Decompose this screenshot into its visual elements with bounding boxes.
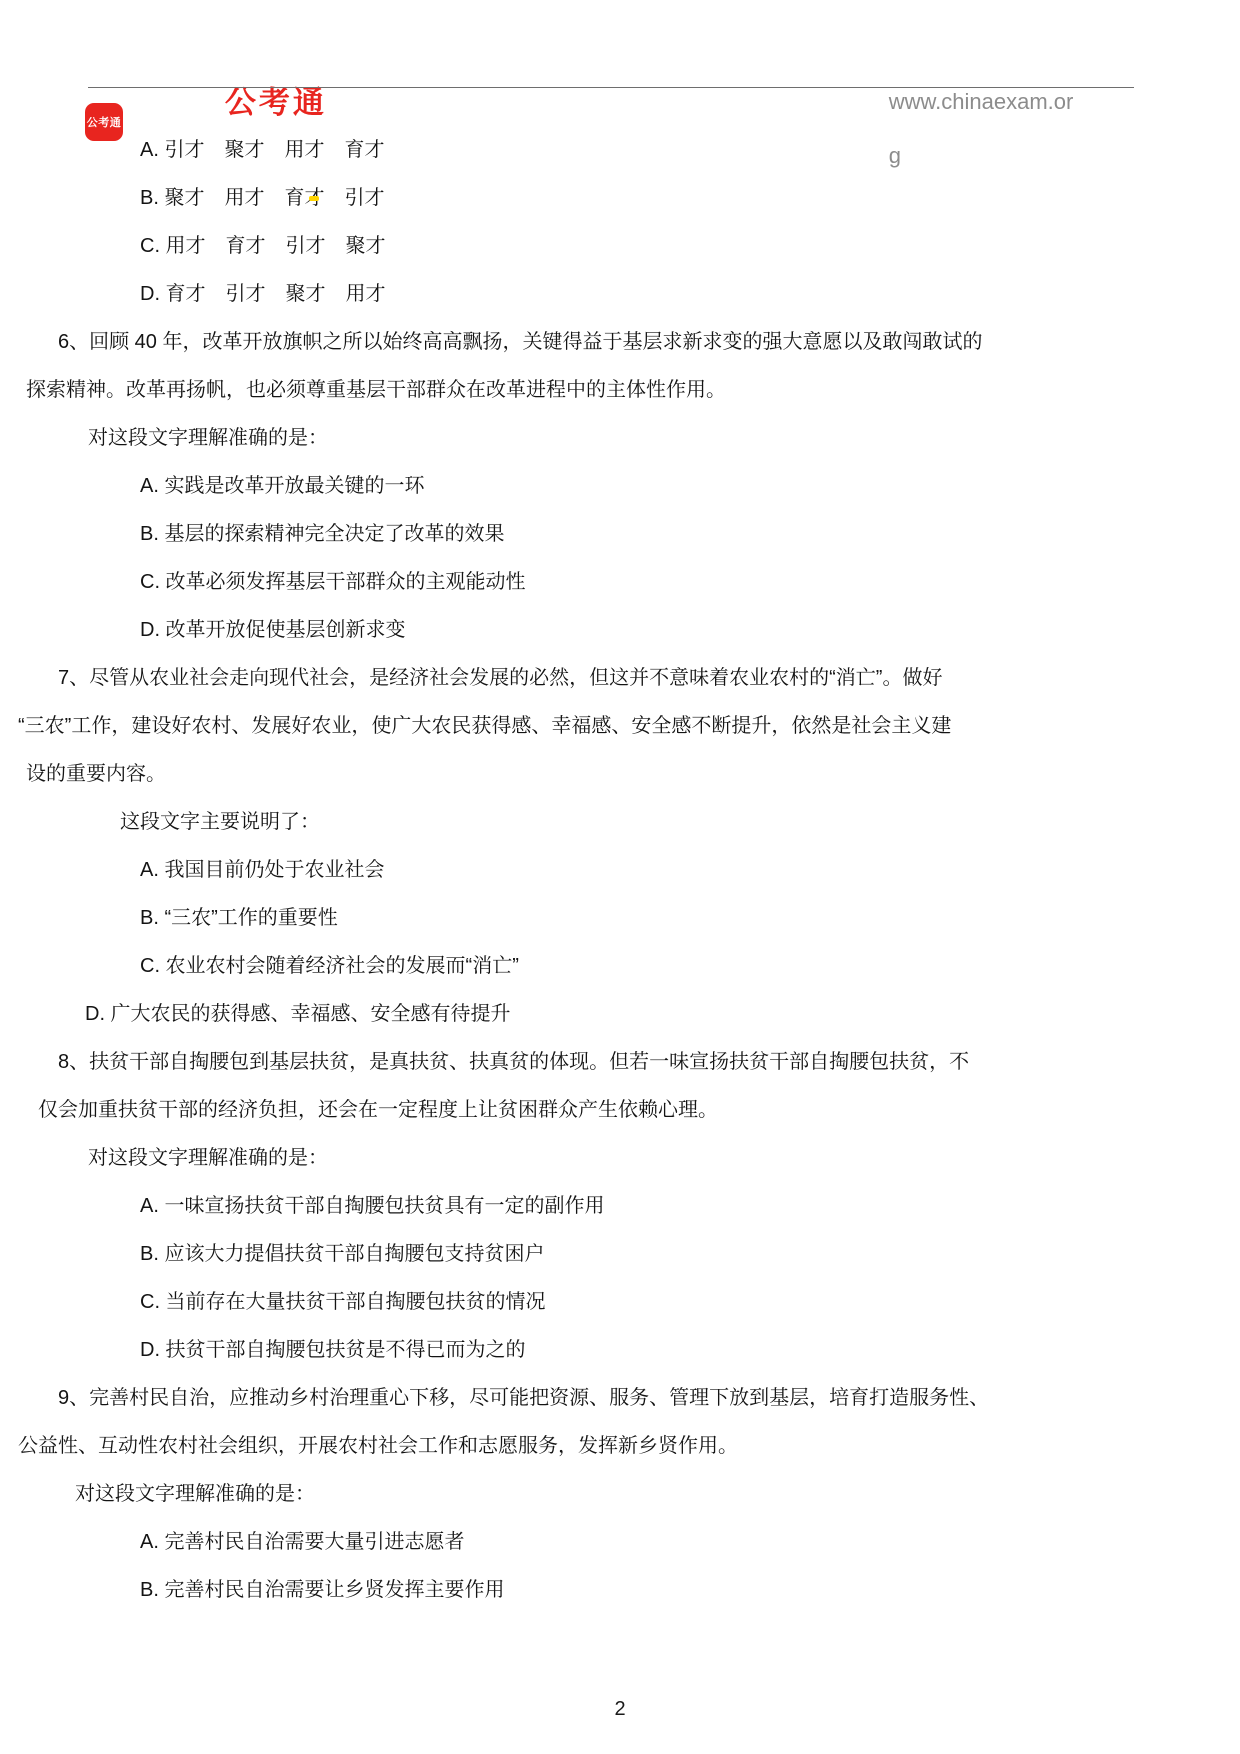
q7-option-c: C. 农业农村会随着经济社会的发展而“消亡” — [0, 942, 1240, 990]
q8-option-b: B. 应该大力提倡扶贫干部自掏腰包支持贫困户 — [0, 1230, 1240, 1278]
q9-option-b: B. 完善村民自治需要让乡贤发挥主要作用 — [0, 1566, 1240, 1614]
q6-stem-line-2: 探索精神。改革再扬帆，也必须尊重基层干部群众在改革进程中的主体性作用。 — [0, 366, 1240, 414]
site-url: www.chinaexam.or g — [852, 61, 1052, 196]
q7-prompt: 这段文字主要说明了： — [0, 798, 1240, 846]
site-url-line2: g — [889, 143, 901, 168]
q6-option-d: D. 改革开放促使基层创新求变 — [0, 606, 1240, 654]
site-url-line1: www.chinaexam.or — [889, 89, 1074, 114]
q8-stem-line-1: 8、扶贫干部自掏腰包到基层扶贫，是真扶贫、扶真贫的体现。但若一味宣扬扶贫干部自掏… — [0, 1038, 1240, 1086]
q8-option-d: D. 扶贫干部自掏腰包扶贫是不得已而为之的 — [0, 1326, 1240, 1374]
q7-stem-line-2: “三农”工作，建设好农村、发展好农业，使广大农民获得感、幸福感、安全感不断提升，… — [0, 702, 1240, 750]
page-number: 2 — [0, 1698, 1240, 1721]
brand-logo: 公考通 公考通 — [85, 46, 327, 198]
brand-name: 公考通 — [132, 46, 327, 198]
q7-option-d: D. 广大农民的获得感、幸福感、安全感有待提升 — [0, 990, 1240, 1038]
question-7: 7、尽管从农业社会走向现代社会，是经济社会发展的必然，但这并不意味着农业农村的“… — [0, 654, 1240, 1038]
question-8: 8、扶贫干部自掏腰包到基层扶贫，是真扶贫、扶真贫的体现。但若一味宣扬扶贫干部自掏… — [0, 1038, 1240, 1374]
q9-stem-line-1: 9、完善村民自治，应推动乡村治理重心下移，尽可能把资源、服务、管理下放到基层，培… — [0, 1374, 1240, 1422]
q7-stem-line-1: 7、尽管从农业社会走向现代社会，是经济社会发展的必然，但这并不意味着农业农村的“… — [0, 654, 1240, 702]
document-page: 公考通 公考通 www.chinaexam.or g A. 引才 聚才 用才 育… — [0, 0, 1240, 1754]
q9-option-a: A. 完善村民自治需要大量引进志愿者 — [0, 1518, 1240, 1566]
q7-option-b: B. “三农”工作的重要性 — [0, 894, 1240, 942]
exam-content: A. 引才 聚才 用才 育才 B. 聚才 用才 育才 引才 C. 用才 育才 引… — [0, 118, 1240, 1614]
question-9: 9、完善村民自治，应推动乡村治理重心下移，尽可能把资源、服务、管理下放到基层，培… — [0, 1374, 1240, 1614]
q8-stem-line-2: 仅会加重扶贫干部的经济负担，还会在一定程度上让贫困群众产生依赖心理。 — [0, 1086, 1240, 1134]
q7-stem-line-3: 设的重要内容。 — [0, 750, 1240, 798]
q6-stem-line-1: 6、回顾 40 年，改革开放旗帜之所以始终高高飘扬，关键得益于基层求新求变的强大… — [0, 318, 1240, 366]
q5-option-c: C. 用才 育才 引才 聚才 — [0, 222, 1240, 270]
q6-option-a: A. 实践是改革开放最关键的一环 — [0, 462, 1240, 510]
page-header: 公考通 公考通 www.chinaexam.or g — [0, 0, 1240, 118]
q8-prompt: 对这段文字理解准确的是： — [0, 1134, 1240, 1182]
q7-option-a: A. 我国目前仍处于农业社会 — [0, 846, 1240, 894]
q6-option-c: C. 改革必须发挥基层干部群众的主观能动性 — [0, 558, 1240, 606]
question-6: 6、回顾 40 年，改革开放旗帜之所以始终高高飘扬，关键得益于基层求新求变的强大… — [0, 318, 1240, 654]
brand-accent-mark — [309, 196, 319, 201]
q6-prompt: 对这段文字理解准确的是： — [0, 414, 1240, 462]
q8-option-c: C. 当前存在大量扶贫干部自掏腰包扶贫的情况 — [0, 1278, 1240, 1326]
q6-option-b: B. 基层的探索精神完全决定了改革的效果 — [0, 510, 1240, 558]
q8-option-a: A. 一味宣扬扶贫干部自掏腰包扶贫具有一定的副作用 — [0, 1182, 1240, 1230]
app-icon-label: 公考通 — [87, 114, 122, 130]
q9-stem-line-2: 公益性、互动性农村社会组织，开展农村社会工作和志愿服务，发挥新乡贤作用。 — [0, 1422, 1240, 1470]
gongkaotong-app-icon: 公考通 — [85, 103, 123, 141]
q9-prompt: 对这段文字理解准确的是： — [0, 1470, 1240, 1518]
page-footer: 2 — [0, 1698, 1240, 1721]
q5-option-d: D. 育才 引才 聚才 用才 — [0, 270, 1240, 318]
